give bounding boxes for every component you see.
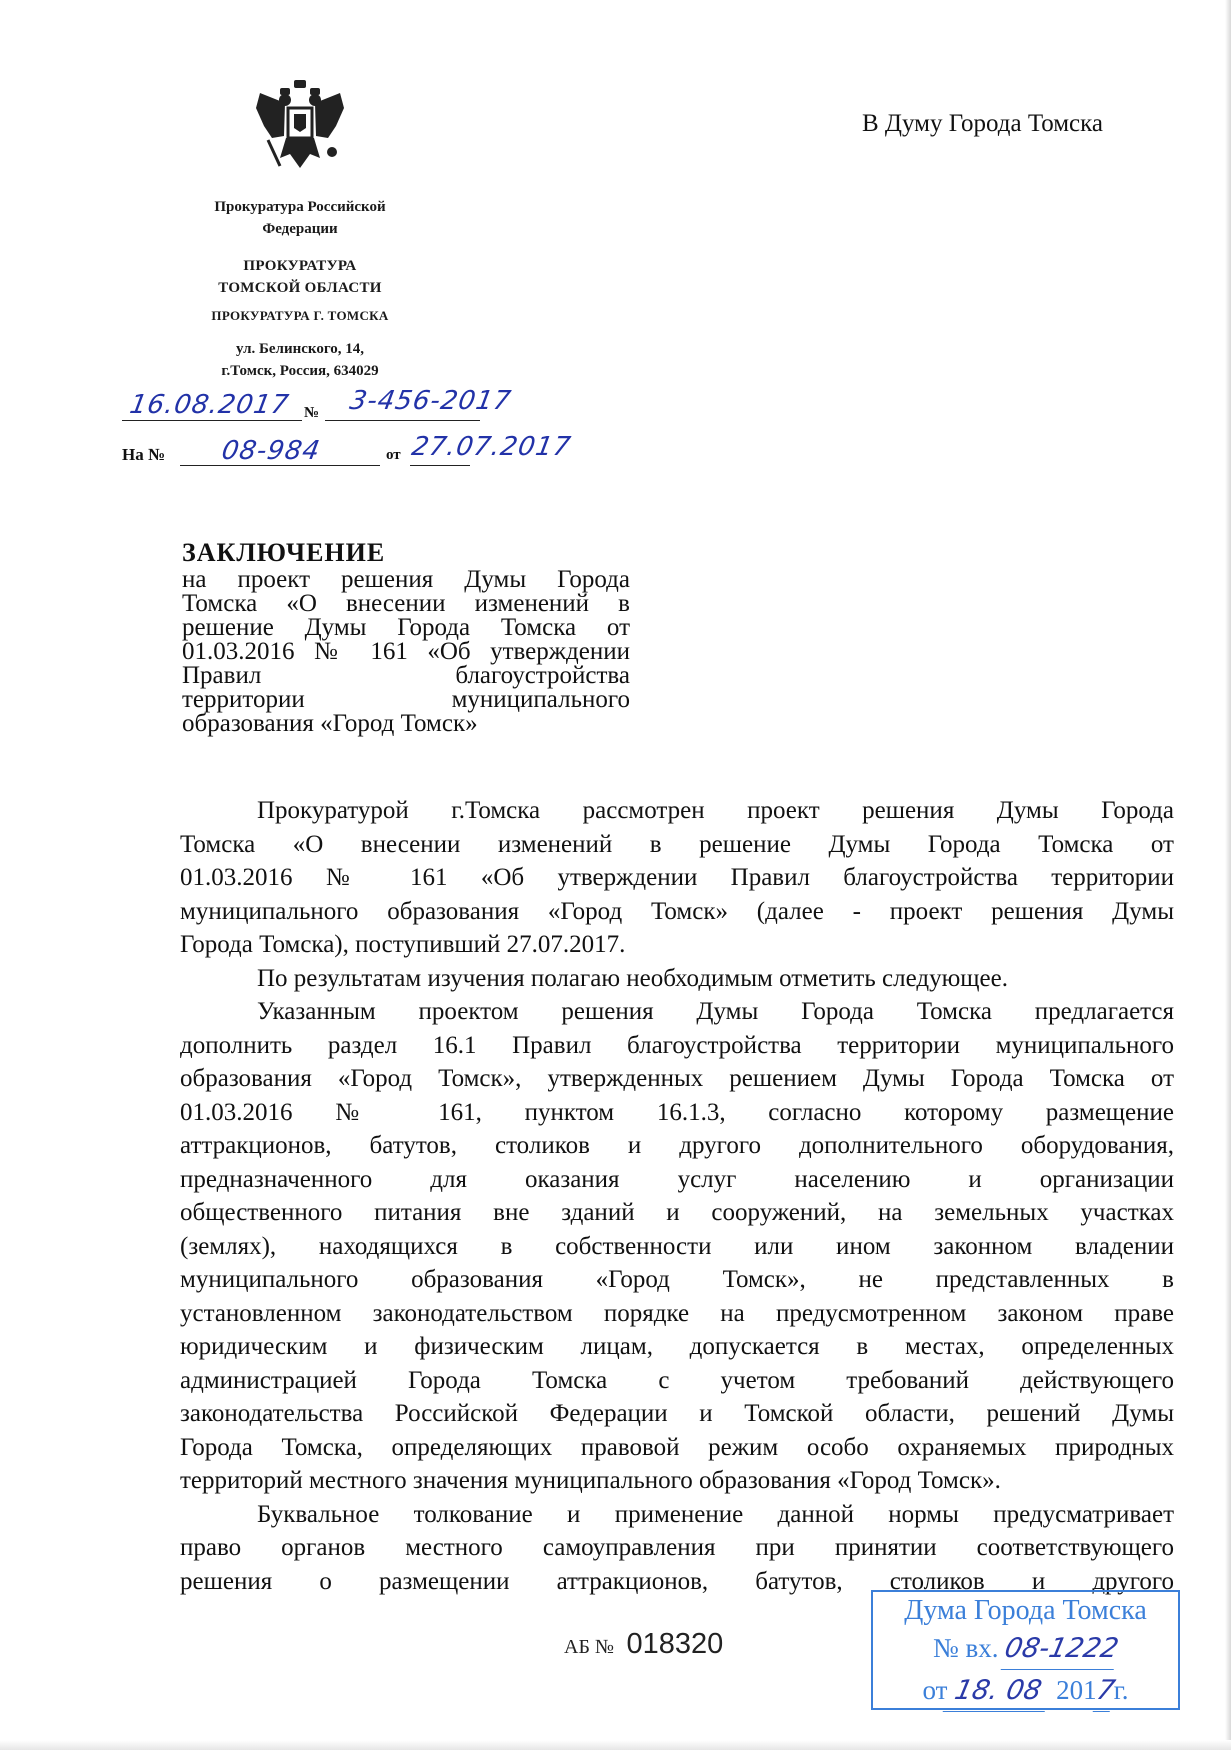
letterhead-region: ПРОКУРАТУРА ТОМСКОЙ ОБЛАСТИ xyxy=(150,255,450,299)
letterhead-city-office: ПРОКУРАТУРА Г. ТОМСКА xyxy=(150,307,450,325)
body-line: Города Томска), поступивший 27.07.2017. xyxy=(180,928,1174,962)
serial-prefix: АБ № xyxy=(564,1636,614,1658)
paragraph-review: Прокуратурой г.Томска рассмотрен проект … xyxy=(180,794,1174,962)
reply-from-date: 27.07.2017 xyxy=(409,432,573,462)
date-underline xyxy=(122,420,302,421)
body-line: установленном законодательством порядке … xyxy=(180,1297,1174,1331)
subject-line: на проект решения Думы Города xyxy=(182,568,630,592)
coat-of-arms-icon xyxy=(250,78,350,178)
stamp-date-label: от xyxy=(922,1675,947,1705)
region-line-1: ПРОКУРАТУРА xyxy=(150,255,450,277)
body-line: муниципального образования «Город Томск»… xyxy=(180,895,1174,929)
form-serial-number: АБ № 018320 xyxy=(564,1628,723,1661)
subject-line: решение Думы Города Томска от xyxy=(182,616,630,640)
body-line: законодательства Российской Федерации и … xyxy=(180,1397,1174,1431)
paragraph-findings-intro: По результатам изучения полагаю необходи… xyxy=(180,962,1174,996)
subject-line: образования «Город Томск» xyxy=(182,712,630,736)
reply-to-label: На № xyxy=(122,445,165,465)
subject-line: Томска «О внесении изменений в xyxy=(182,592,630,616)
from-label: от xyxy=(386,447,401,464)
stamp-date: 18. 08 xyxy=(943,1671,1054,1712)
number-label: № xyxy=(304,405,319,422)
paragraph-interpretation: Буквальное толкование и применение данно… xyxy=(180,1498,1174,1599)
addressee: В Думу Города Томска xyxy=(862,110,1103,138)
serial-value: 018320 xyxy=(626,1628,723,1660)
document-body: Прокуратурой г.Томска рассмотрен проект … xyxy=(180,794,1174,1598)
region-line-2: ТОМСКОЙ ОБЛАСТИ xyxy=(150,277,450,299)
body-line: По результатам изучения полагаю необходи… xyxy=(180,962,1174,996)
body-line: Томска «О внесении изменений в решение Д… xyxy=(180,828,1174,862)
body-line: аттракционов, батутов, столиков и другог… xyxy=(180,1129,1174,1163)
subject-line: 01.03.2016 № 161 «Об утверждении xyxy=(182,640,630,664)
body-line: Города Томска, определяющих правовой реж… xyxy=(180,1431,1174,1465)
body-line: право органов местного самоуправления пр… xyxy=(180,1531,1174,1565)
subject-line: Правил благоустройства xyxy=(182,664,630,688)
body-line: Прокуратурой г.Томска рассмотрен проект … xyxy=(180,794,1174,828)
body-line: муниципального образования «Город Томск»… xyxy=(180,1263,1174,1297)
document-subject: на проект решения Думы Города Томска «О … xyxy=(182,568,630,736)
body-line: (землях), находящихся в собственности ил… xyxy=(180,1230,1174,1264)
document-title: ЗАКЛЮЧЕНИЕ xyxy=(182,538,385,568)
outgoing-date: 16.08.2017 xyxy=(127,390,291,420)
stamp-year-prefix: 201 xyxy=(1056,1675,1097,1705)
document-page: Прокуратура Российской Федерации ПРОКУРА… xyxy=(0,0,1231,1750)
stamp-title: Дума Города Томска xyxy=(873,1594,1178,1628)
body-line: 01.03.2016 № 161, пунктом 16.1.3, соглас… xyxy=(180,1096,1174,1130)
body-line: предназначенного для оказания услуг насе… xyxy=(180,1163,1174,1197)
outgoing-number: 3-456-2017 xyxy=(347,386,513,416)
letterhead-org: Прокуратура Российской Федерации xyxy=(150,196,450,240)
letterhead-address: ул. Белинского, 14, г.Томск, Россия, 634… xyxy=(150,338,450,382)
stamp-date-row: от18. 08 2017г. xyxy=(873,1670,1178,1712)
body-line: администрацией Города Томска с учетом тр… xyxy=(180,1364,1174,1398)
address-line-2: г.Томск, Россия, 634029 xyxy=(150,360,450,382)
scan-bottom-shadow xyxy=(0,1740,1231,1750)
body-line: Буквальное толкование и применение данно… xyxy=(180,1498,1174,1532)
body-line: 01.03.2016 № 161 «Об утверждении Правил … xyxy=(180,861,1174,895)
body-line: общественного питания вне зданий и соору… xyxy=(180,1196,1174,1230)
org-line-2: Федерации xyxy=(150,218,450,240)
address-line-1: ул. Белинского, 14, xyxy=(150,338,450,360)
paragraph-proposal: Указанным проектом решения Думы Города Т… xyxy=(180,995,1174,1498)
stamp-incoming-row: № вх. 08-1222 xyxy=(873,1628,1178,1670)
stamp-incoming-number: 08-1222 xyxy=(1001,1629,1123,1670)
body-line: дополнить раздел 16.1 Правил благоустрой… xyxy=(180,1029,1174,1063)
body-line: образования «Город Томск», утвержденных … xyxy=(180,1062,1174,1096)
body-line: юридическим и физическим лицам, допускае… xyxy=(180,1330,1174,1364)
org-line-1: Прокуратура Российской xyxy=(150,196,450,218)
incoming-registration-stamp: Дума Города Томска № вх. 08-1222 от18. 0… xyxy=(871,1590,1180,1710)
from-underline xyxy=(410,465,470,466)
number-underline xyxy=(325,420,480,421)
subject-line: территории муниципального xyxy=(182,688,630,712)
reply-to-number: 08-984 xyxy=(219,436,322,466)
body-line: Указанным проектом решения Думы Города Т… xyxy=(180,995,1174,1029)
stamp-incoming-label: № вх. xyxy=(933,1633,999,1663)
scan-edge-shadow xyxy=(1225,0,1231,1750)
body-line: территорий местного значения муниципальн… xyxy=(180,1464,1174,1498)
